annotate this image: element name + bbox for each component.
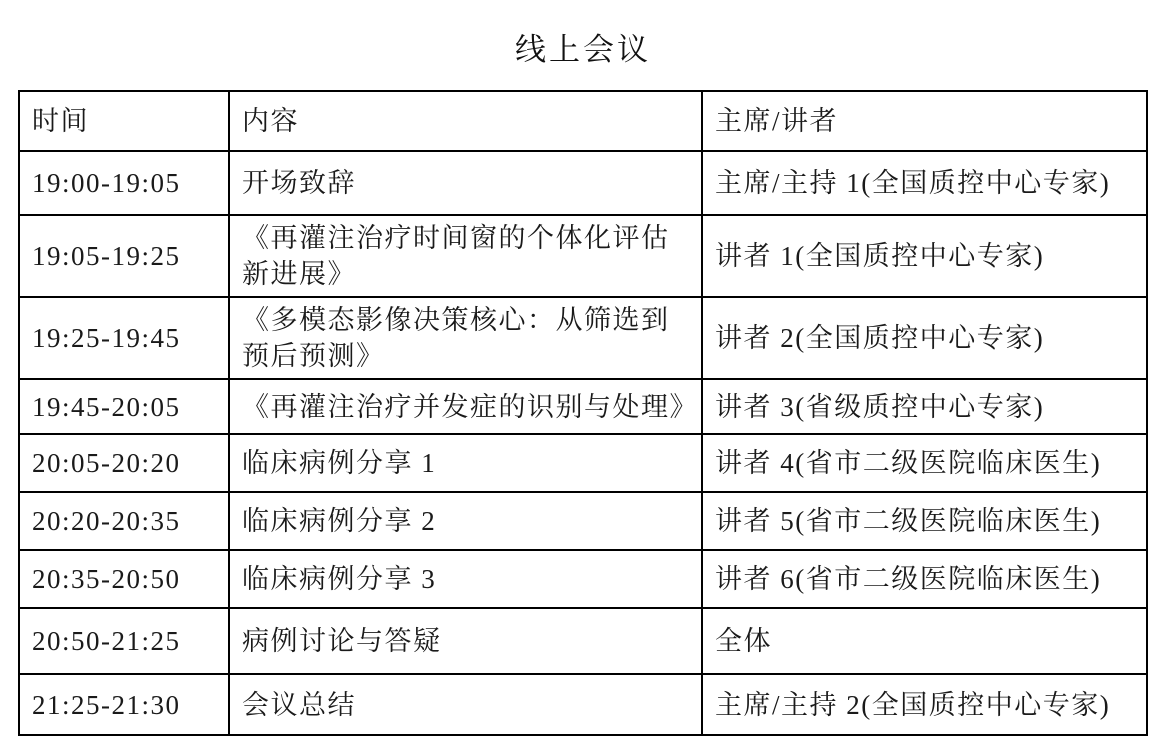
cell-content: 《再灌注治疗时间窗的个体化评估新进展》 bbox=[229, 215, 702, 297]
document-page: 线上会议 时间 内容 主席/讲者 19:00-19:05 开场致辞 主席/主持 … bbox=[0, 0, 1166, 740]
agenda-table: 时间 内容 主席/讲者 19:00-19:05 开场致辞 主席/主持 1(全国质… bbox=[18, 90, 1148, 736]
cell-time: 19:45-20:05 bbox=[19, 379, 229, 434]
header-cell-time: 时间 bbox=[19, 91, 229, 151]
cell-speaker: 讲者 5(省市二级医院临床医生) bbox=[702, 492, 1147, 550]
cell-time: 19:25-19:45 bbox=[19, 297, 229, 379]
cell-speaker: 讲者 4(省市二级医院临床医生) bbox=[702, 434, 1147, 492]
page-title: 线上会议 bbox=[0, 0, 1166, 66]
cell-time: 20:20-20:35 bbox=[19, 492, 229, 550]
table-row: 20:05-20:20 临床病例分享 1 讲者 4(省市二级医院临床医生) bbox=[19, 434, 1147, 492]
table-row: 19:25-19:45 《多模态影像决策核心：从筛选到预后预测》 讲者 2(全国… bbox=[19, 297, 1147, 379]
table-header-row: 时间 内容 主席/讲者 bbox=[19, 91, 1147, 151]
cell-content: 会议总结 bbox=[229, 674, 702, 735]
cell-speaker: 讲者 2(全国质控中心专家) bbox=[702, 297, 1147, 379]
cell-speaker: 全体 bbox=[702, 608, 1147, 674]
cell-time: 20:05-20:20 bbox=[19, 434, 229, 492]
table-row: 20:50-21:25 病例讨论与答疑 全体 bbox=[19, 608, 1147, 674]
table-row: 20:35-20:50 临床病例分享 3 讲者 6(省市二级医院临床医生) bbox=[19, 550, 1147, 608]
cell-speaker: 讲者 3(省级质控中心专家) bbox=[702, 379, 1147, 434]
cell-content: 病例讨论与答疑 bbox=[229, 608, 702, 674]
cell-content: 临床病例分享 1 bbox=[229, 434, 702, 492]
cell-speaker: 主席/主持 1(全国质控中心专家) bbox=[702, 151, 1147, 215]
table-row: 20:20-20:35 临床病例分享 2 讲者 5(省市二级医院临床医生) bbox=[19, 492, 1147, 550]
cell-content: 《多模态影像决策核心：从筛选到预后预测》 bbox=[229, 297, 702, 379]
cell-content: 《再灌注治疗并发症的识别与处理》 bbox=[229, 379, 702, 434]
table-row: 21:25-21:30 会议总结 主席/主持 2(全国质控中心专家) bbox=[19, 674, 1147, 735]
cell-speaker: 主席/主持 2(全国质控中心专家) bbox=[702, 674, 1147, 735]
header-cell-content: 内容 bbox=[229, 91, 702, 151]
cell-time: 19:05-19:25 bbox=[19, 215, 229, 297]
cell-content: 临床病例分享 3 bbox=[229, 550, 702, 608]
header-cell-speaker: 主席/讲者 bbox=[702, 91, 1147, 151]
cell-speaker: 讲者 6(省市二级医院临床医生) bbox=[702, 550, 1147, 608]
cell-time: 20:35-20:50 bbox=[19, 550, 229, 608]
cell-time: 21:25-21:30 bbox=[19, 674, 229, 735]
table-row: 19:45-20:05 《再灌注治疗并发症的识别与处理》 讲者 3(省级质控中心… bbox=[19, 379, 1147, 434]
cell-content: 开场致辞 bbox=[229, 151, 702, 215]
table-row: 19:05-19:25 《再灌注治疗时间窗的个体化评估新进展》 讲者 1(全国质… bbox=[19, 215, 1147, 297]
table-row: 19:00-19:05 开场致辞 主席/主持 1(全国质控中心专家) bbox=[19, 151, 1147, 215]
cell-time: 19:00-19:05 bbox=[19, 151, 229, 215]
cell-time: 20:50-21:25 bbox=[19, 608, 229, 674]
cell-speaker: 讲者 1(全国质控中心专家) bbox=[702, 215, 1147, 297]
cell-content: 临床病例分享 2 bbox=[229, 492, 702, 550]
